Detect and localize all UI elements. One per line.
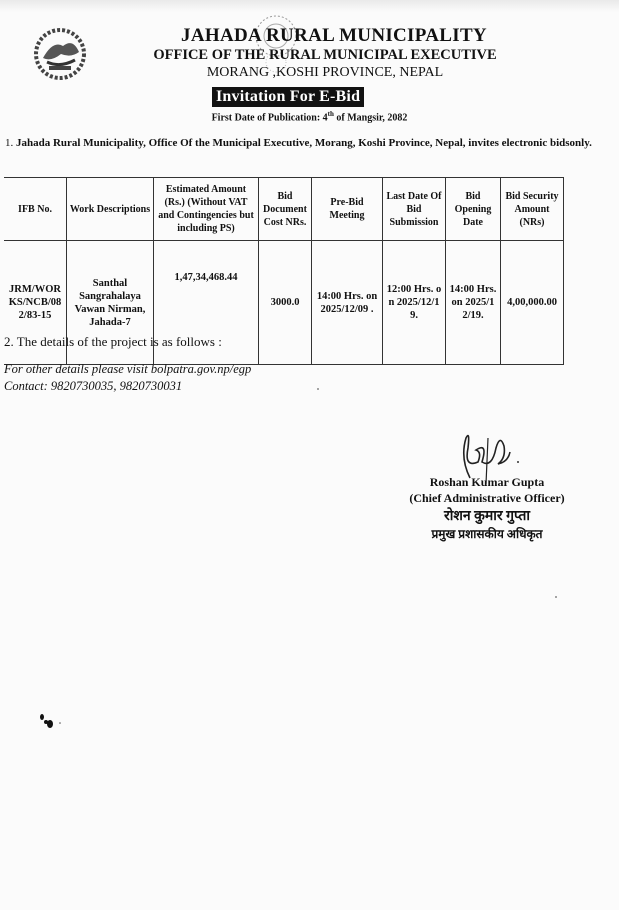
col-security-amount: Bid Security Amount (NRs)	[501, 178, 564, 241]
signatory-name: Roshan Kumar Gupta	[392, 474, 582, 490]
col-work-descriptions: Work Descriptions	[67, 178, 154, 241]
cell-security: 4,00,000.00	[501, 241, 564, 365]
office-name: OFFICE OF THE RURAL MUNICIPAL EXECUTIVE	[100, 46, 550, 64]
col-pre-bid-meeting: Pre-Bid Meeting	[312, 178, 383, 241]
speck	[317, 388, 319, 390]
cell-last-date: 12:00 Hrs. on 2025/12/19.	[383, 241, 446, 365]
municipality-name: JAHADA RURAL MUNICIPALITY	[118, 26, 550, 46]
contact-block: For other details please visit bolpatra.…	[4, 361, 251, 395]
signatory-designation-nepali: प्रमुख प्रशासकीय अधिकृत	[392, 526, 582, 542]
table-header-row: IFB No. Work Descriptions Estimated Amou…	[4, 178, 564, 241]
col-bid-doc-cost: Bid Document Cost NRs.	[259, 178, 312, 241]
signatory-designation: (Chief Administrative Officer)	[392, 490, 582, 506]
ink-smudge-icon	[38, 712, 68, 732]
col-last-date: Last Date Of Bid Submission	[383, 178, 446, 241]
cell-doc-cost: 3000.0	[259, 241, 312, 365]
scan-edge-shade	[0, 0, 619, 12]
contact-numbers: Contact: 9820730035, 9820730031	[4, 378, 251, 395]
speck	[555, 596, 557, 598]
col-estimated-amount: Estimated Amount (Rs.) (Without VAT and …	[154, 178, 259, 241]
notice-title: Invitation For E-Bid	[212, 87, 364, 107]
nepal-emblem-icon	[33, 28, 87, 80]
signatory-name-nepali: रोशन कुमार गुप्ता	[392, 508, 582, 526]
cell-opening-date: 14:00 Hrs. on 2025/12/19.	[446, 241, 501, 365]
details-line: 2. The details of the project is as foll…	[4, 334, 222, 350]
publication-date: First Date of Publication: 4th of Mangsi…	[0, 110, 619, 123]
col-ifb-no: IFB No.	[4, 178, 67, 241]
intro-paragraph: 1. Jahada Rural Municipality, Office Of …	[5, 135, 605, 151]
signatory-block: Roshan Kumar Gupta (Chief Administrative…	[392, 474, 582, 542]
letterhead: JAHADA RURAL MUNICIPALITY OFFICE OF THE …	[100, 26, 550, 81]
cell-pre-bid: 14:00 Hrs. on 2025/12/09 .	[312, 241, 383, 365]
col-opening-date: Bid Opening Date	[446, 178, 501, 241]
office-location: MORANG ,KOSHI PROVINCE, NEPAL	[100, 64, 550, 81]
visit-link-text: For other details please visit bolpatra.…	[4, 361, 251, 378]
